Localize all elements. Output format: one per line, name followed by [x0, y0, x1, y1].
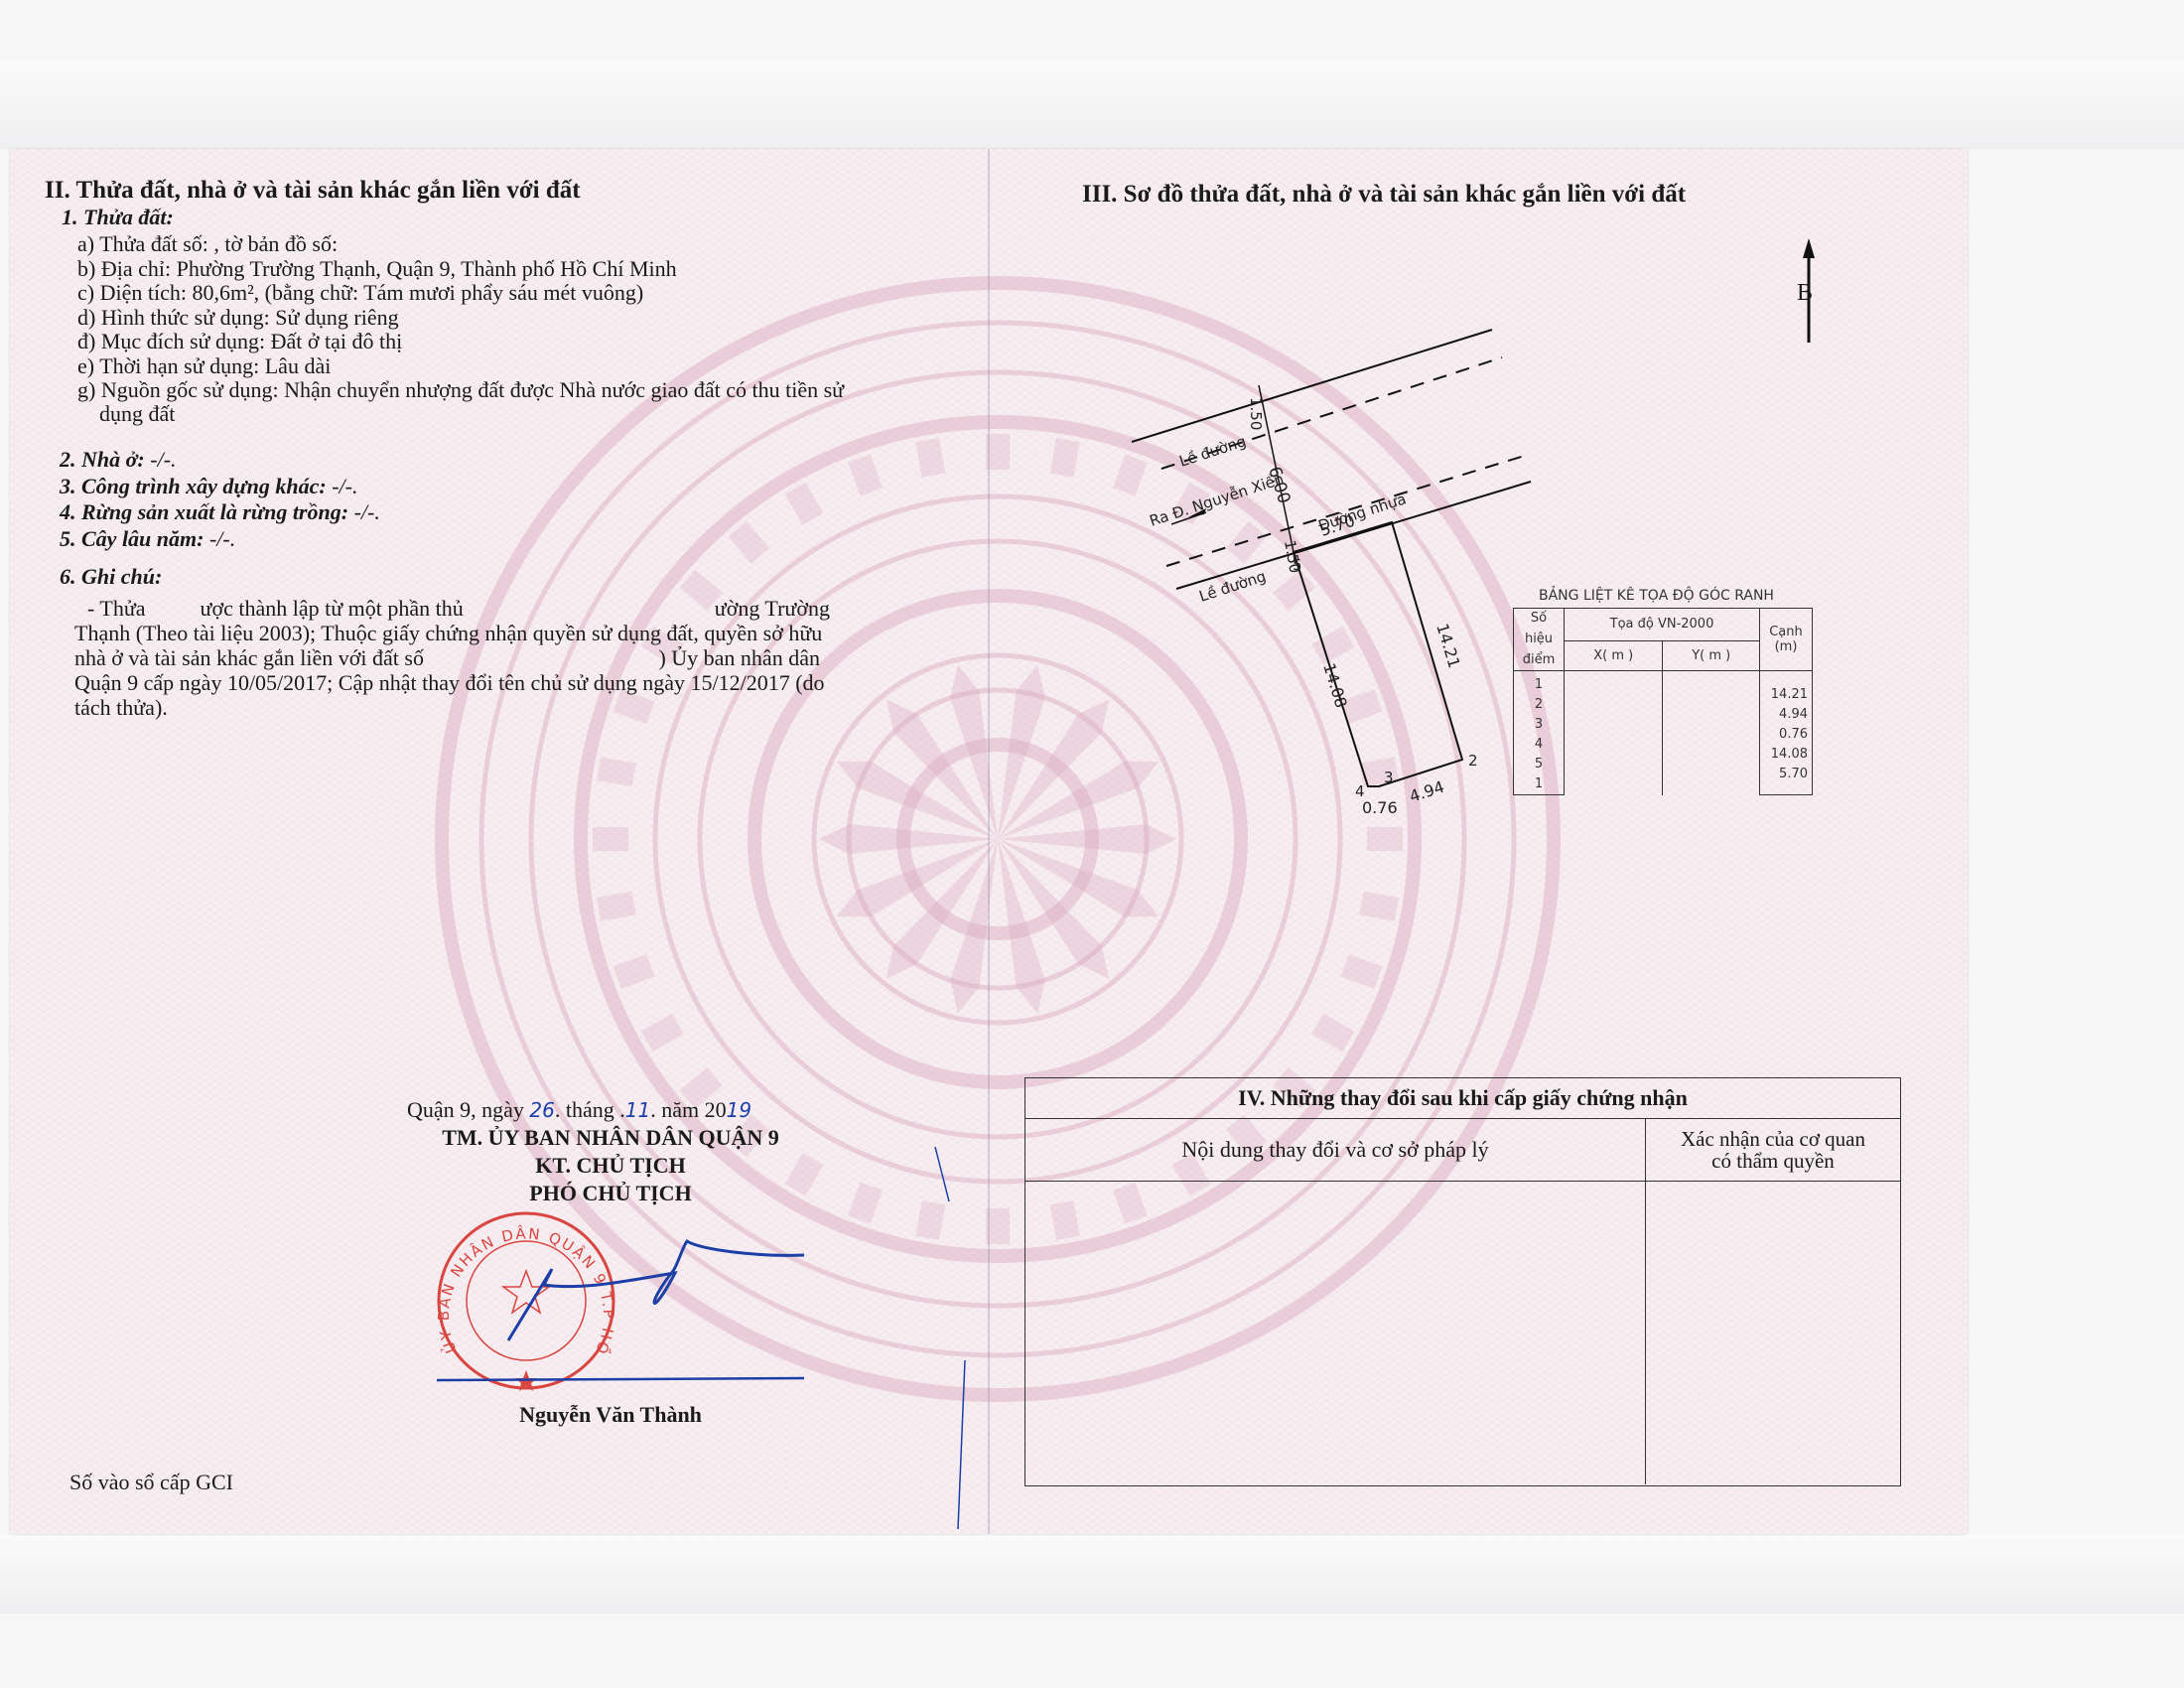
- scan-margin-top: [0, 60, 2184, 149]
- pen-marks: [10, 149, 1968, 1534]
- scan-margin-bottom: [0, 1534, 2184, 1614]
- land-use-certificate: II. Thửa đất, nhà ở và tài sản khác gắn …: [10, 149, 1968, 1534]
